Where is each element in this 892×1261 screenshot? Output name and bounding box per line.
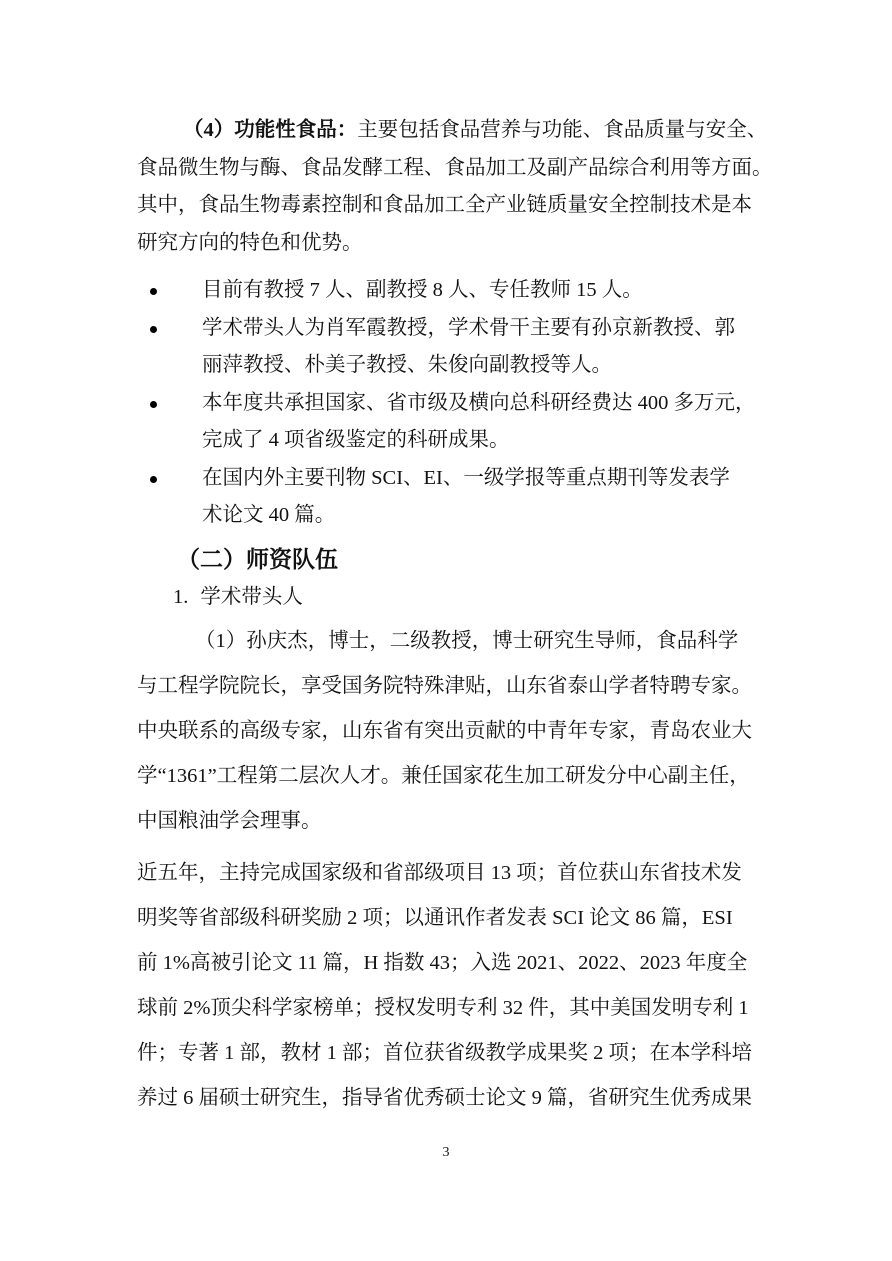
- text-line: （4）功能性食品：主要包括食品营养与功能、食品质量与安全、: [137, 112, 755, 150]
- item-number: 1.: [173, 586, 188, 608]
- list-item: 在国内外主要刊物 SCI、EI、一级学报等重点期刊等发表学 术论文 40 篇。: [137, 460, 755, 535]
- page-number: 3: [137, 1145, 755, 1161]
- bold-lead: （4）功能性食品：: [183, 119, 357, 141]
- text-line: （1）孙庆杰，博士，二级教授，博士研究生导师，食品科学: [137, 619, 755, 664]
- list-item: 目前有教授 7 人、副教授 8 人、专任教师 15 人。: [137, 272, 755, 310]
- text-line: 前 1%高被引论文 11 篇，H 指数 43；入选 2021、2022、2023…: [137, 941, 755, 986]
- document-page: （4）功能性食品：主要包括食品营养与功能、食品质量与安全、 食品微生物与酶、食品…: [0, 0, 892, 1261]
- text-line: 其中，食品生物毒素控制和食品加工全产业链质量安全控制技术是本: [137, 187, 755, 225]
- text-line: 目前有教授 7 人、副教授 8 人、专任教师 15 人。: [137, 272, 755, 310]
- recent-achievements-paragraph: 近五年，主持完成国家级和省部级项目 13 项；首位获山东省技术发 明奖等省部级科…: [137, 851, 755, 1121]
- text-line: 食品微生物与酶、食品发酵工程、食品加工及副产品综合利用等方面。: [137, 150, 755, 188]
- text-line: 完成了 4 项省级鉴定的科研成果。: [137, 422, 755, 460]
- text-line: 研究方向的特色和优势。: [137, 225, 755, 263]
- list-item: 本年度共承担国家、省市级及横向总科研经费达 400 多万元， 完成了 4 项省级…: [137, 385, 755, 460]
- text-line: 在国内外主要刊物 SCI、EI、一级学报等重点期刊等发表学: [137, 460, 755, 498]
- bullet-icon: [150, 326, 157, 333]
- text-line: 近五年，主持完成国家级和省部级项目 13 项；首位获山东省技术发: [137, 851, 755, 896]
- text-line: 学“1361”工程第二层次人才。兼任国家花生加工研发分中心副主任，: [137, 754, 755, 799]
- text-run: 主要包括食品营养与功能、食品质量与安全、: [357, 119, 767, 141]
- text-line: 学术带头人为肖军霞教授，学术骨干主要有孙京新教授、郭: [137, 310, 755, 348]
- text-line: 与工程学院院长，享受国务院特殊津贴，山东省泰山学者特聘专家。: [137, 664, 755, 709]
- text-line: 本年度共承担国家、省市级及横向总科研经费达 400 多万元，: [137, 385, 755, 423]
- leader-heading-item: 1.学术带头人: [137, 582, 755, 612]
- leader-paragraph: （1）孙庆杰，博士，二级教授，博士研究生导师，食品科学 与工程学院院长，享受国务…: [137, 619, 755, 844]
- intro-paragraph: （4）功能性食品：主要包括食品营养与功能、食品质量与安全、 食品微生物与酶、食品…: [137, 112, 755, 262]
- bullet-icon: [150, 288, 157, 295]
- bullet-icon: [150, 476, 157, 483]
- text-line: 明奖等省部级科研奖励 2 项；以通讯作者发表 SCI 论文 86 篇，ESI: [137, 896, 755, 941]
- section-heading: （二）师资队伍: [137, 545, 755, 575]
- text-line: 件；专著 1 部，教材 1 部；首位获省级教学成果奖 2 项；在本学科培: [137, 1031, 755, 1076]
- text-line: 术论文 40 篇。: [137, 497, 755, 535]
- text-line: 中央联系的高级专家，山东省有突出贡献的中青年专家，青岛农业大: [137, 709, 755, 754]
- text-line: 球前 2%顶尖科学家榜单；授权发明专利 32 件，其中美国发明专利 1: [137, 986, 755, 1031]
- text-line: 丽萍教授、朴美子教授、朱俊向副教授等人。: [137, 347, 755, 385]
- bullet-icon: [150, 401, 157, 408]
- bullet-list: 目前有教授 7 人、副教授 8 人、专任教师 15 人。 学术带头人为肖军霞教授…: [137, 272, 755, 535]
- text-line: 中国粮油学会理事。: [137, 799, 755, 844]
- list-item: 学术带头人为肖军霞教授，学术骨干主要有孙京新教授、郭 丽萍教授、朴美子教授、朱俊…: [137, 310, 755, 385]
- item-label: 学术带头人: [200, 586, 303, 608]
- text-line: 养过 6 届硕士研究生，指导省优秀硕士论文 9 篇，省研究生优秀成果: [137, 1076, 755, 1121]
